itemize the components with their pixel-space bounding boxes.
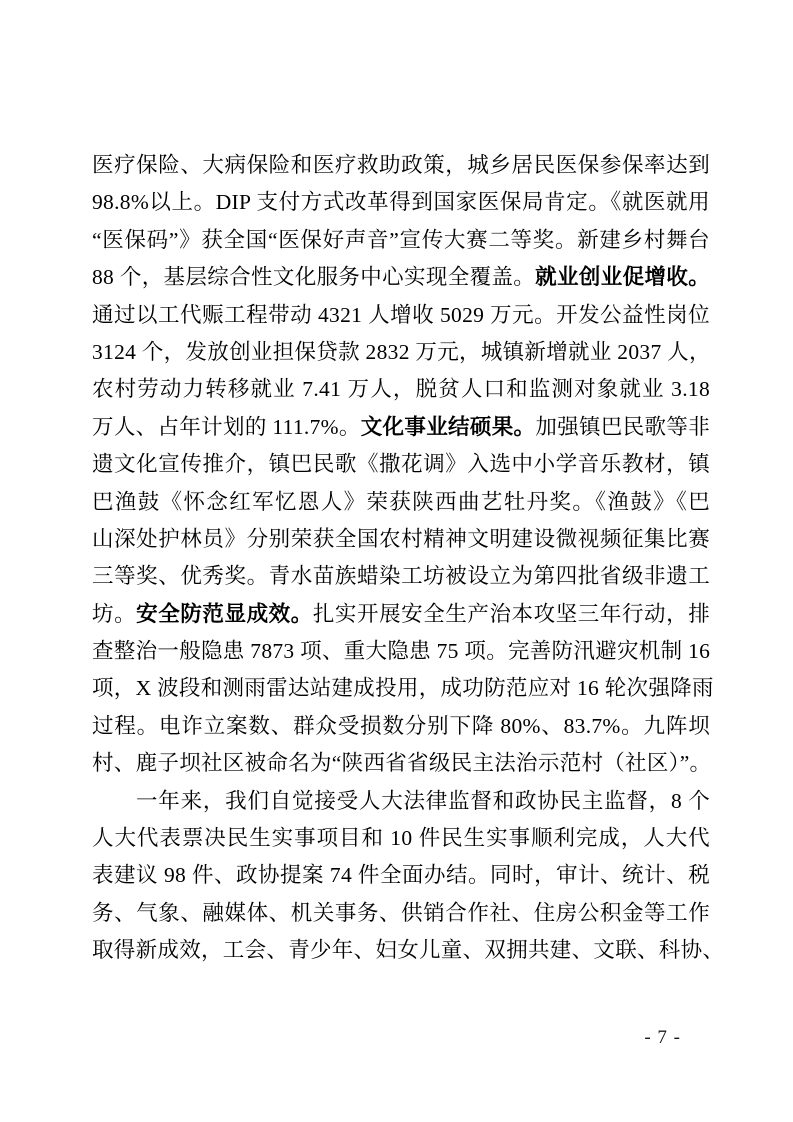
text-line: 通过以工代赈工程带动 4321 人增收 5029 万元。开发公益性岗位 <box>92 297 710 334</box>
document-body: 医疗保险、大病保险和医疗救助政策，城乡居民医保参保率达到98.8%以上。DIP … <box>92 147 710 970</box>
text-line: “医保码”》获全国“医保好声音”宣传大赛二等奖。新建乡村舞台 <box>92 222 710 259</box>
body-text: 务、气象、融媒体、机关事务、供销合作社、住房公积金等工作 <box>92 901 710 925</box>
body-text: 农村劳动力转移就业 7.41 万人，脱贫人口和监测对象就业 3.18 <box>92 377 710 401</box>
text-line: 过程。电诈立案数、群众受损数分别下降 80%、83.7%。九阵坝 <box>92 708 710 745</box>
text-line: 人大代表票决民生实事项目和 10 件民生实事顺利完成，人大代 <box>92 820 710 857</box>
body-text: 人大代表票决民生实事项目和 10 件民生实事顺利完成，人大代 <box>92 826 710 850</box>
body-text: 查整治一般隐患 7873 项、重大隐患 75 项。完善防汛避灾机制 16 <box>92 639 710 663</box>
text-line: 一年来，我们自觉接受人大法律监督和政协民主监督，8 个 <box>92 783 710 820</box>
body-text: 加强镇巴民歌等非 <box>535 415 710 439</box>
body-text: 巴渔鼓《怀念红军忆恩人》荣获陕西曲艺牡丹奖。《渔鼓》《巴 <box>92 490 710 514</box>
text-line: 医疗保险、大病保险和医疗救助政策，城乡居民医保参保率达到 <box>92 147 710 184</box>
page-number: - 7 - <box>644 1027 681 1049</box>
bold-heading-text: 安全防范显成效。 <box>136 602 313 626</box>
text-line: 万人、占年计划的 111.7%。文化事业结硕果。加强镇巴民歌等非 <box>92 409 710 446</box>
text-line: 取得新成效，工会、青少年、妇女儿童、双拥共建、文联、科协、 <box>92 932 710 969</box>
text-line: 项，X 波段和测雨雷达站建成投用，成功防范应对 16 轮次强降雨 <box>92 670 710 707</box>
body-text: 一年来，我们自觉接受人大法律监督和政协民主监督，8 个 <box>136 789 710 813</box>
text-line: 村、鹿子坝社区被命名为“陕西省省级民主法治示范村（社区）”。 <box>92 745 710 782</box>
body-text: 项，X 波段和测雨雷达站建成投用，成功防范应对 16 轮次强降雨 <box>92 676 714 700</box>
text-line: 农村劳动力转移就业 7.41 万人，脱贫人口和监测对象就业 3.18 <box>92 371 710 408</box>
bold-heading-text: 就业创业促增收。 <box>535 265 710 289</box>
bold-heading-text: 文化事业结硕果。 <box>361 415 536 439</box>
body-text: 取得新成效，工会、青少年、妇女儿童、双拥共建、文联、科协、 <box>92 938 724 962</box>
body-text: 遗文化宣传推介，镇巴民歌《撒花调》入选中小学音乐教材，镇 <box>92 452 710 476</box>
body-text: 3124 个，发放创业担保贷款 2832 万元，城镇新增就业 2037 人， <box>92 340 711 364</box>
text-line: 表建议 98 件、政协提案 74 件全面办结。同时，审计、统计、税 <box>92 857 710 894</box>
body-text: 表建议 98 件、政协提案 74 件全面办结。同时，审计、统计、税 <box>92 863 710 887</box>
text-line: 山深处护林员》分别荣获全国农村精神文明建设微视频征集比赛 <box>92 521 710 558</box>
text-line: 98.8%以上。DIP 支付方式改革得到国家医保局肯定。《就医就用 <box>92 184 710 221</box>
text-line: 88 个，基层综合性文化服务中心实现全覆盖。就业创业促增收。 <box>92 259 710 296</box>
text-line: 3124 个，发放创业担保贷款 2832 万元，城镇新增就业 2037 人， <box>92 334 710 371</box>
body-text: 扎实开展安全生产治本攻坚三年行动，排 <box>313 602 710 626</box>
text-line: 务、气象、融媒体、机关事务、供销合作社、住房公积金等工作 <box>92 895 710 932</box>
body-text: “医保码”》获全国“医保好声音”宣传大赛二等奖。新建乡村舞台 <box>92 228 710 252</box>
body-text: 万人、占年计划的 111.7%。 <box>92 415 361 439</box>
body-text: 医疗保险、大病保险和医疗救助政策，城乡居民医保参保率达到 <box>92 153 710 177</box>
body-text: 坊。 <box>92 602 136 626</box>
text-line: 巴渔鼓《怀念红军忆恩人》荣获陕西曲艺牡丹奖。《渔鼓》《巴 <box>92 484 710 521</box>
body-text: 山深处护林员》分别荣获全国农村精神文明建设微视频征集比赛 <box>92 527 710 551</box>
body-text: 88 个，基层综合性文化服务中心实现全覆盖。 <box>92 265 535 289</box>
text-line: 遗文化宣传推介，镇巴民歌《撒花调》入选中小学音乐教材，镇 <box>92 446 710 483</box>
body-text: 通过以工代赈工程带动 4321 人增收 5029 万元。开发公益性岗位 <box>92 303 710 327</box>
body-text: 98.8%以上。DIP 支付方式改革得到国家医保局肯定。《就医就用 <box>92 190 710 214</box>
body-text: 村、鹿子坝社区被命名为“陕西省省级民主法治示范村（社区）”。 <box>92 751 711 775</box>
document-page: 医疗保险、大病保险和医疗救助政策，城乡居民医保参保率达到98.8%以上。DIP … <box>0 0 793 1122</box>
text-line: 查整治一般隐患 7873 项、重大隐患 75 项。完善防汛避灾机制 16 <box>92 633 710 670</box>
text-line: 坊。安全防范显成效。扎实开展安全生产治本攻坚三年行动，排 <box>92 596 710 633</box>
body-text: 三等奖、优秀奖。青水苗族蜡染工坊被设立为第四批省级非遗工 <box>92 564 710 588</box>
text-line: 三等奖、优秀奖。青水苗族蜡染工坊被设立为第四批省级非遗工 <box>92 558 710 595</box>
body-text: 过程。电诈立案数、群众受损数分别下降 80%、83.7%。九阵坝 <box>92 714 710 738</box>
